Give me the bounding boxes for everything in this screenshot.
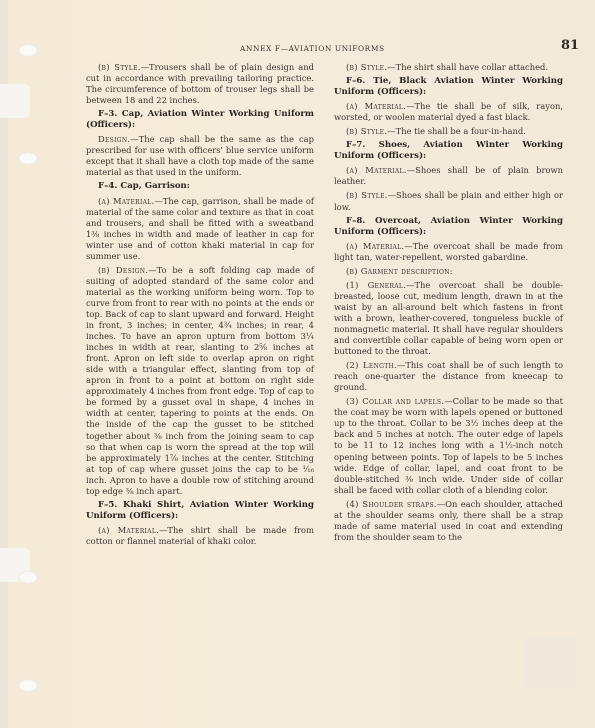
section-heading: F–3. Cap, Aviation Winter Working Unifor… bbox=[86, 109, 314, 131]
right-column: (b) Style.—The shirt shall have collar a… bbox=[334, 62, 563, 546]
paragraph: (b) Style.—The tie shall be a four-in-ha… bbox=[334, 126, 563, 137]
paragraph-lead: (a) Material. bbox=[98, 196, 155, 206]
paragraph: (b) Style.—Trousers shall be of plain de… bbox=[86, 62, 314, 106]
binder-tab bbox=[0, 84, 30, 118]
paragraph: (b) Design.—To be a soft folding cap mad… bbox=[86, 265, 314, 497]
section-heading: F–6. Tie, Black Aviation Winter Working … bbox=[334, 76, 563, 98]
paragraph-lead: (b) Garment description: bbox=[346, 266, 453, 276]
paragraph-lead: (a) Material. bbox=[346, 241, 404, 251]
left-column: (b) Style.—Trousers shall be of plain de… bbox=[86, 62, 314, 550]
running-head: ANNEX F—AVIATION UNIFORMS bbox=[240, 44, 385, 53]
paragraph-lead: (a) Material. bbox=[346, 101, 406, 111]
section-heading: F–4. Cap, Garrison: bbox=[86, 181, 314, 192]
section-heading: F–8. Overcoat, Aviation Winter Working U… bbox=[334, 216, 563, 238]
section-heading: F–5. Khaki Shirt, Aviation Winter Workin… bbox=[86, 500, 314, 522]
paragraph: (4) Shoulder straps.—On each shoulder, a… bbox=[334, 499, 563, 543]
paragraph-lead: (3) Collar and lapels. bbox=[346, 396, 444, 406]
paragraph-text: —Collar to be made so that the coat may … bbox=[334, 396, 563, 494]
paragraph: (3) Collar and lapels.—Collar to be made… bbox=[334, 396, 563, 495]
paragraph: (a) Material.—Shoes shall be of plain br… bbox=[334, 165, 563, 187]
punch-hole bbox=[18, 679, 38, 692]
document-page: ANNEX F—AVIATION UNIFORMS 81 (b) Style.—… bbox=[0, 0, 595, 728]
punch-hole bbox=[18, 152, 38, 165]
paragraph-lead: (a) Material. bbox=[346, 165, 407, 175]
paragraph-lead: (b) Design. bbox=[98, 265, 148, 275]
paragraph-lead: (a) Material. bbox=[98, 525, 159, 535]
paragraph-lead: (b) Style. bbox=[346, 126, 387, 136]
paragraph-lead: (b) Style. bbox=[98, 62, 141, 72]
paragraph-text: —The shirt shall have collar attached. bbox=[387, 62, 548, 72]
punch-hole bbox=[18, 44, 38, 57]
paragraph: Design.—The cap shall be the same as the… bbox=[86, 134, 314, 178]
paragraph: (1) General.—The overcoat shall be doubl… bbox=[334, 280, 563, 357]
paragraph: (a) Material.—The overcoat shall be made… bbox=[334, 241, 563, 263]
paragraph-lead: (b) Style. bbox=[346, 190, 388, 200]
paragraph: (a) Material.—The shirt shall be made fr… bbox=[86, 525, 314, 547]
paragraph-lead: (2) Length. bbox=[346, 360, 397, 370]
paragraph-lead: (4) Shoulder straps. bbox=[346, 499, 437, 509]
paragraph: (b) Style.—The shirt shall have collar a… bbox=[334, 62, 563, 73]
paragraph-lead: (b) Style. bbox=[346, 62, 387, 72]
paper-blemish bbox=[524, 637, 576, 687]
punch-hole bbox=[18, 571, 38, 584]
paragraph: (b) Style.—Shoes shall be plain and eith… bbox=[334, 190, 563, 212]
paragraph-lead: Design. bbox=[98, 134, 130, 144]
paragraph: (a) Material.—The cap, garrison, shall b… bbox=[86, 196, 314, 262]
page-number: 81 bbox=[561, 38, 579, 53]
section-heading: F–7. Shoes, Aviation Winter Working Unif… bbox=[334, 140, 563, 162]
paragraph-text: —The tie shall be a four-in-hand. bbox=[387, 126, 526, 136]
paragraph: (2) Length.—This coat shall be of such l… bbox=[334, 360, 563, 393]
paragraph-text: —To be a soft folding cap made of suitin… bbox=[86, 265, 314, 496]
paragraph: (b) Garment description: bbox=[334, 266, 563, 277]
paragraph-text: —The overcoat shall be double-breasted, … bbox=[334, 280, 563, 356]
paragraph: (a) Material.—The tie shall be of silk, … bbox=[334, 101, 563, 123]
paragraph-lead: (1) General. bbox=[346, 280, 406, 290]
